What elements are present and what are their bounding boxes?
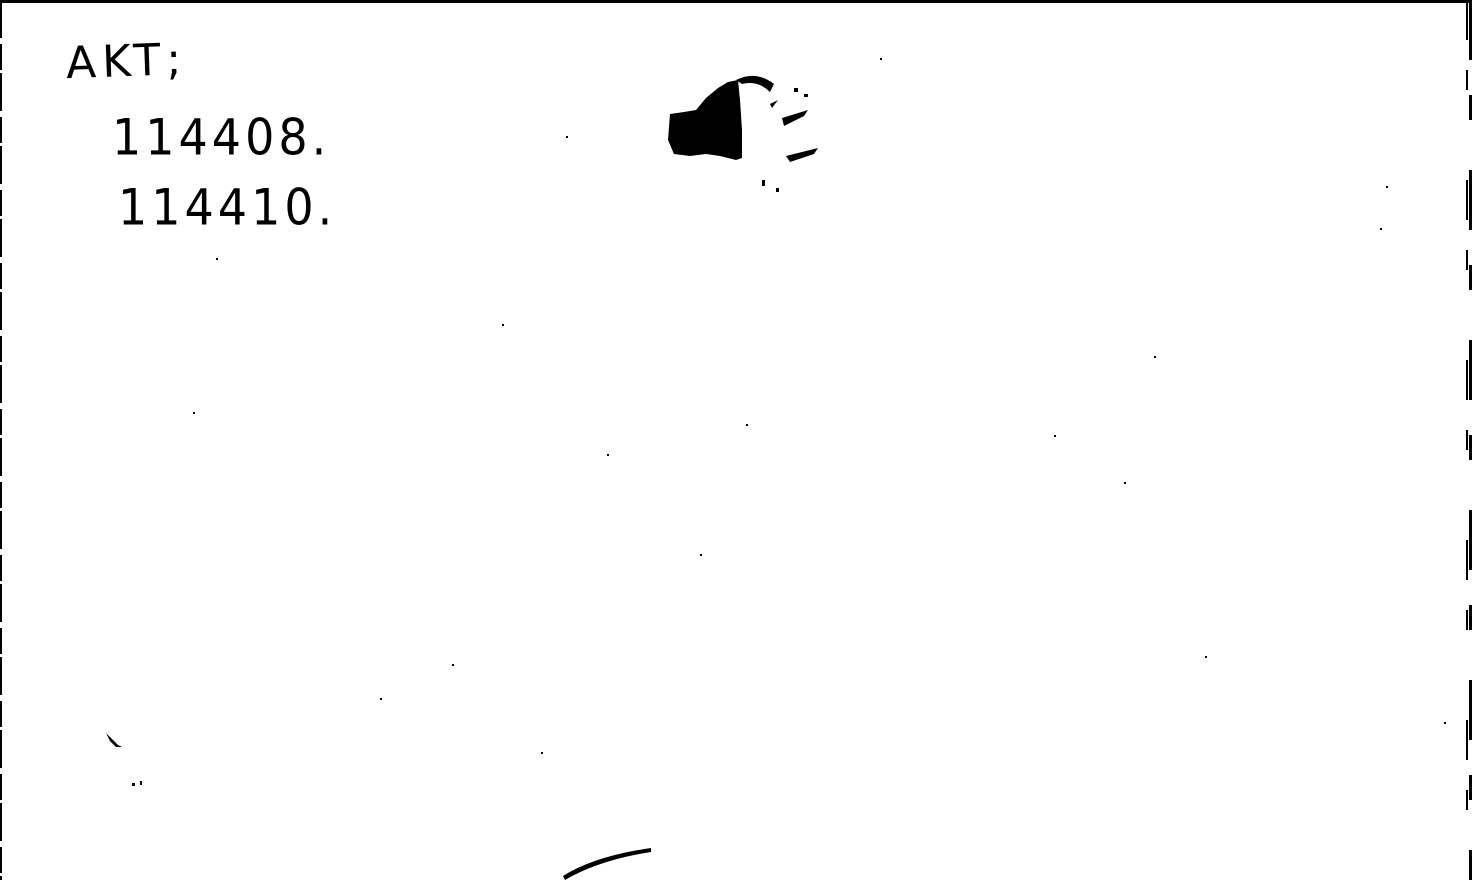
speckle: [1380, 228, 1382, 230]
speckle: [1124, 482, 1126, 484]
speckle: [746, 424, 748, 426]
speckle: [1054, 435, 1056, 437]
handwritten-number-1: 114408.: [112, 108, 330, 166]
speckle: [1154, 356, 1156, 358]
speckle: [193, 412, 195, 414]
speckle: [1444, 722, 1446, 724]
scan-edge-top: [0, 0, 1472, 3]
speckle: [1386, 186, 1388, 188]
stray-mark: [100, 725, 160, 795]
speckle: [216, 258, 218, 260]
handwritten-number-2: 114410.: [118, 178, 336, 236]
speckle: [880, 58, 882, 60]
speckle: [700, 554, 702, 556]
speckle: [380, 698, 382, 700]
scanned-card: AKT; 114408. 114410.: [0, 0, 1472, 880]
speckle: [566, 136, 568, 138]
speckle: [502, 324, 504, 326]
stamp-seal-icon: [666, 70, 826, 200]
scan-edge-left: [0, 0, 2, 880]
speckle: [541, 752, 543, 754]
speckle: [607, 454, 609, 456]
pen-stroke-mark: [555, 838, 665, 880]
speckle: [1205, 656, 1207, 658]
handwritten-heading: AKT;: [65, 34, 188, 89]
scan-edge-right-inner: [1466, 0, 1468, 880]
speckle: [452, 664, 454, 666]
